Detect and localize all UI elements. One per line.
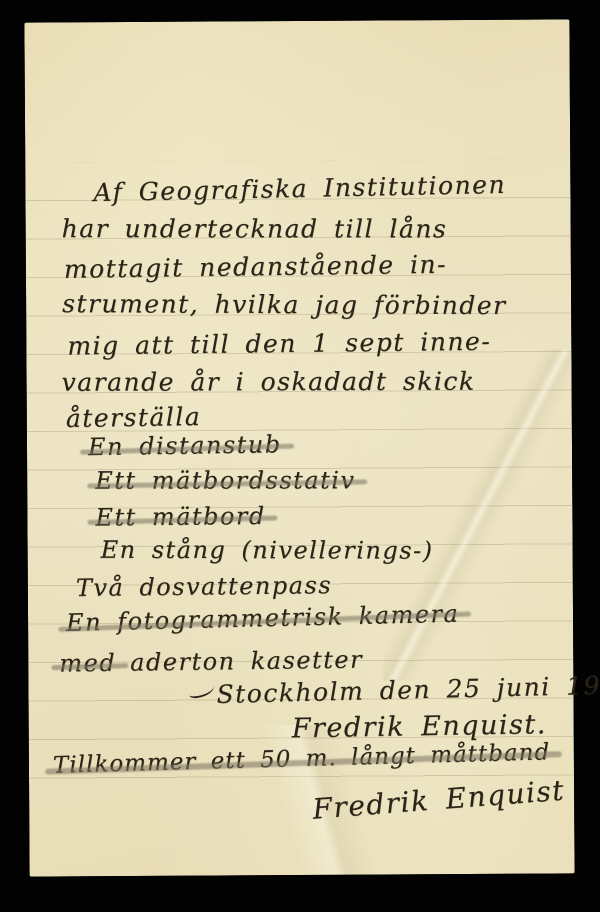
- dateline-text: Stockholm den 25 juni 1908: [216, 670, 600, 709]
- photo-background: Af Geografiska Institutionen har underte…: [0, 0, 600, 912]
- inventory-item-matbordsstativ: Ett mätbordsstativ: [95, 466, 355, 494]
- inventory-item-matbord-text: Ett mätbord: [95, 502, 266, 532]
- inventory-item-kamera-text: En fotogrammetrisk kamera: [66, 600, 460, 637]
- letter-line-4-text: strument, hvilka jag förbinder: [62, 289, 507, 320]
- pen-flourish: [187, 681, 215, 699]
- letter-line-2-text: har undertecknad till låns: [62, 214, 448, 243]
- inventory-item-distanstub-text: En distanstub: [88, 430, 282, 461]
- letter-paper: Af Geografiska Institutionen har underte…: [24, 19, 574, 876]
- paper-crease-right: [381, 349, 573, 680]
- inventory-item-distanstub: En distanstub: [88, 430, 282, 461]
- letter-line-1: Af Geografiska Institutionen: [93, 170, 506, 207]
- letter-line-5: mig att till den 1 sept inne-: [67, 327, 491, 361]
- signature-primary-text: Fredrik Enquist.: [291, 709, 547, 744]
- inventory-item-dosvattenpass: Två dosvattenpass: [76, 571, 333, 602]
- inventory-item-stang-text: En stång (nivellerings-): [101, 536, 434, 565]
- dateline: Stockholm den 25 juni 1908: [188, 670, 600, 710]
- inventory-item-matbord: Ett mätbord: [95, 502, 266, 532]
- letter-line-3: mottagit nedanstående in-: [64, 250, 447, 284]
- letter-line-3-text: mottagit nedanstående in-: [64, 250, 447, 284]
- addendum-text: Tillkommer ett 50 m. långt måttband: [53, 739, 551, 778]
- letter-line-5-text: mig att till den 1 sept inne-: [67, 327, 491, 361]
- letter-line-1-text: Af Geografiska Institutionen: [93, 170, 506, 207]
- inventory-item-kasetter: medaderton kasetter: [59, 646, 363, 678]
- letter-line-7: återställa: [66, 402, 202, 433]
- letter-line-4: strument, hvilka jag förbinder: [62, 289, 507, 320]
- letter-line-7-text: återställa: [66, 402, 202, 433]
- inventory-item-dosvattenpass-text: Två dosvattenpass: [76, 571, 333, 602]
- letter-line-6: varande år i oskadadt skick: [62, 367, 476, 397]
- inventory-item-matbordsstativ-text: Ett mätbordsstativ: [95, 466, 355, 494]
- inventory-item-kamera: En fotogrammetrisk kamera: [66, 600, 460, 637]
- struck-word-med: med: [59, 649, 116, 678]
- kasetter-text: aderton kasetter: [130, 646, 363, 677]
- addendum-line: Tillkommer ett 50 m. långt måttband: [53, 739, 551, 778]
- signature-secondary: Fredrik Enquist: [311, 774, 566, 826]
- letter-line-2: har undertecknad till låns: [62, 214, 448, 243]
- inventory-item-stang: En stång (nivellerings-): [101, 536, 434, 565]
- signature-secondary-text: Fredrik Enquist: [311, 774, 566, 826]
- letter-line-6-text: varande år i oskadadt skick: [62, 367, 476, 397]
- signature-primary: Fredrik Enquist.: [291, 709, 547, 744]
